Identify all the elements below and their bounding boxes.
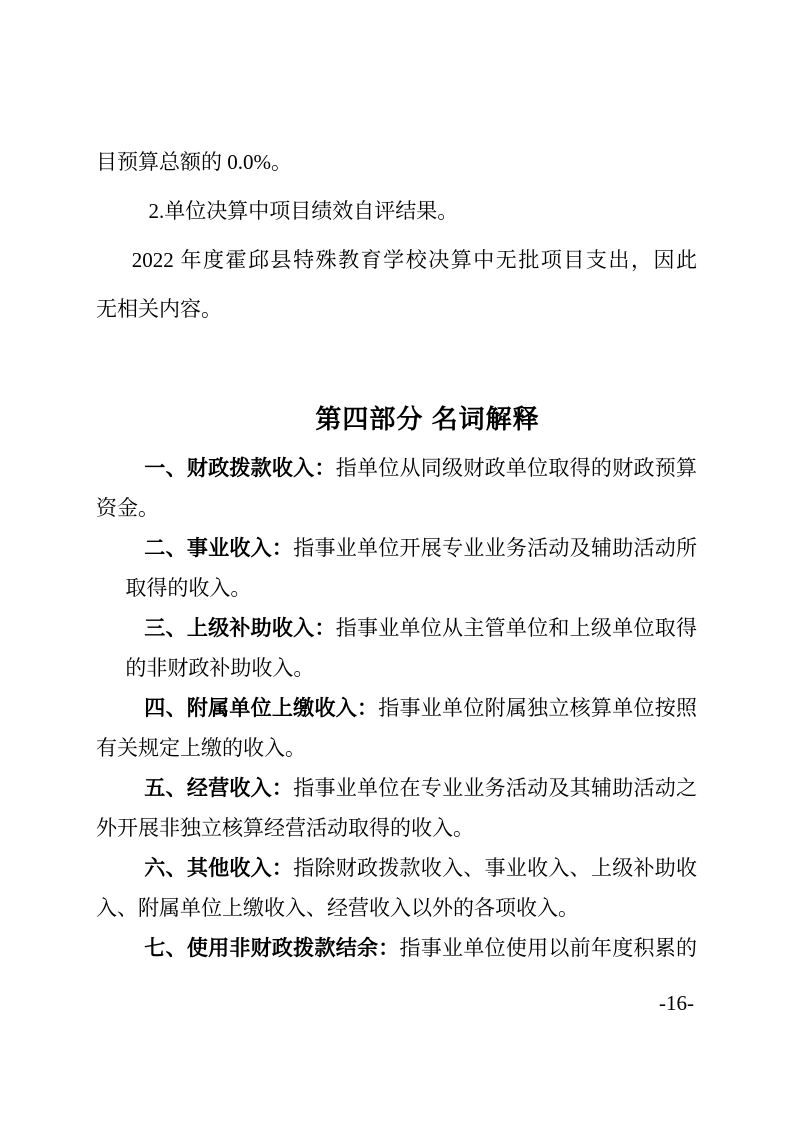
text-line: 七、使用非财政拨款结余：指事业单位使用以前年度积累的 [96,928,697,968]
text-line: 外开展非独立核算经营活动取得的收入。 [96,808,697,848]
text-line: 二、事业收入：指事业单位开展专业业务活动及辅助活动所 [96,528,697,568]
text-line: 2.单位决算中项目绩效自评结果。 [96,187,697,236]
definition-term: 四、附属单位上缴收入： [144,696,378,720]
section-heading: 第四部分 名词解释 [127,399,728,439]
line-text: 无相关内容。 [96,297,222,321]
text-line: 五、经营收入：指事业单位在专业业务活动及其辅助活动之 [96,768,697,808]
definition-term: 三、上级补助收入： [144,616,335,640]
glossary-definitions: 一、财政拨款收入：指单位从同级财政单位取得的财政预算资金。二、事业收入：指事业单… [96,448,697,968]
line-text: 有关规定上缴的收入。 [96,736,306,760]
line-text: 目预算总额的 0.0%。 [96,150,292,174]
line-text: 指单位从同级财政单位取得的财政预算 [336,456,697,480]
line-text: 2022 年度霍邱县特殊教育学校决算中无批项目支出，因此 [132,248,697,272]
line-text: 外开展非独立核算经营活动取得的收入。 [96,816,474,840]
text-line: 取得的收入。 [96,568,697,608]
line-text: 指事业单位开展专业业务活动及辅助活动所 [293,536,697,560]
text-line: 的非财政补助收入。 [96,648,697,688]
text-line: 四、附属单位上缴收入：指事业单位附属独立核算单位按照 [96,688,697,728]
page-number: -16- [659,991,694,1015]
text-line: 2022 年度霍邱县特殊教育学校决算中无批项目支出，因此 [96,236,697,285]
line-text: 资金。 [96,496,159,520]
text-line: 目预算总额的 0.0%。 [96,138,697,187]
definition-term: 六、其他收入： [144,856,293,880]
document-page: 目预算总额的 0.0%。2.单位决算中项目绩效自评结果。2022 年度霍邱县特殊… [0,0,793,1122]
line-text: 取得的收入。 [125,576,251,600]
line-text: 指事业单位从主管单位和上级单位取得 [336,616,697,640]
text-line: 无相关内容。 [96,285,697,334]
line-text: 指事业单位使用以前年度积累的 [400,936,698,960]
line-text: 指事业单位在专业业务活动及其辅助活动之 [293,776,697,800]
text-line: 资金。 [96,488,697,528]
text-line: 一、财政拨款收入：指单位从同级财政单位取得的财政预算 [96,448,697,488]
text-line: 入、附属单位上缴收入、经营收入以外的各项收入。 [96,888,697,928]
text-line: 三、上级补助收入：指事业单位从主管单位和上级单位取得 [96,608,697,648]
line-text: 指除财政拨款收入、事业收入、上级补助收 [293,856,697,880]
definition-term: 二、事业收入： [144,536,293,560]
text-line: 六、其他收入：指除财政拨款收入、事业收入、上级补助收 [96,848,697,888]
line-text: 入、附属单位上缴收入、经营收入以外的各项收入。 [96,896,579,920]
line-text: 指事业单位附属独立核算单位按照 [378,696,697,720]
text-line: 有关规定上缴的收入。 [96,728,697,768]
definition-term: 七、使用非财政拨款结余： [144,936,399,960]
line-text: 的非财政补助收入。 [125,656,314,680]
line-text: 2.单位决算中项目绩效自评结果。 [149,199,459,223]
intro-paragraphs: 目预算总额的 0.0%。2.单位决算中项目绩效自评结果。2022 年度霍邱县特殊… [96,138,697,334]
definition-term: 五、经营收入： [144,776,293,800]
definition-term: 一、财政拨款收入： [144,456,335,480]
